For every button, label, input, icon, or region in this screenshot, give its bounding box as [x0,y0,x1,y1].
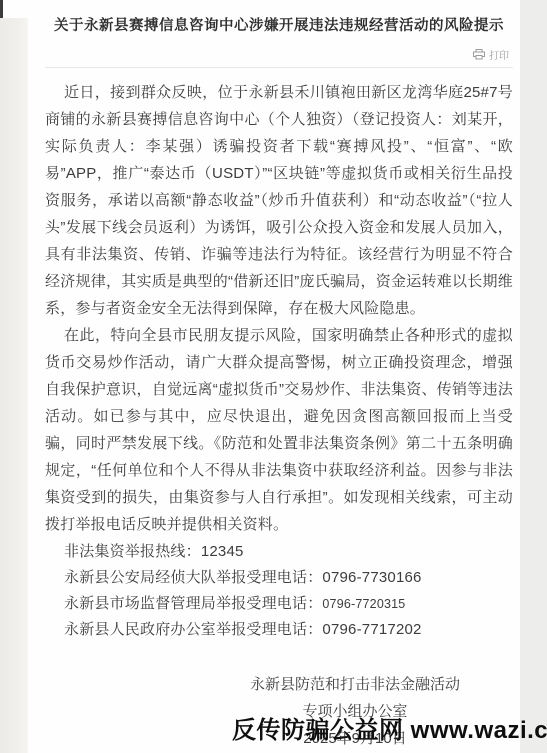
hotline-police: 永新县公安局经侦大队举报受理电话：0796-7730166 [45,565,513,591]
printer-icon [473,49,485,60]
notice-body: 近日，接到群众反映，位于永新县禾川镇袍田新区龙湾华庭25#7号商铺的永新县赛搏信… [45,79,513,752]
hotline-government-office: 永新县人民政府办公室举报受理电话：0796-7717202 [45,617,513,643]
notice-page: 关于永新县赛搏信息咨询中心涉嫌开展违法违规经营活动的风险提示 打印 近日，接到群… [0,0,547,753]
signature-org-line1: 永新县防范和打击非法金融活动 [245,671,465,698]
hotline-list: 非法集资举报热线：12345 永新县公安局经侦大队举报受理电话：0796-773… [45,539,513,643]
anti-fraud-watermark: 反传防骗公益网 www.wazi.cc [232,710,547,745]
corner-mark [0,0,3,18]
print-button[interactable]: 打印 [45,47,513,61]
hotline-market-regulator: 永新县市场监督管理局举报受理电话：0796-7720315 [45,591,513,617]
hotline-label: 永新县人民政府办公室举报受理电话： [64,621,322,638]
hotline-12345: 非法集资举报热线：12345 [45,539,513,565]
paragraph-1: 近日，接到群众反映，位于永新县禾川镇袍田新区龙湾华庭25#7号商铺的永新县赛搏信… [45,79,513,322]
hotline-number: 0796-7717202 [322,621,421,638]
hotline-number: 0796-7730166 [322,569,421,586]
hotline-label: 非法集资举报热线： [64,543,201,560]
left-margin-strip [0,18,28,753]
hotline-number: 0796-7720315 [322,597,405,611]
hotline-number: 12345 [201,543,244,560]
hotline-label: 永新县公安局经侦大队举报受理电话： [64,569,322,586]
header-divider [45,67,513,68]
print-label: 打印 [489,47,509,62]
notice-document: 关于永新县赛搏信息咨询中心涉嫌开展违法违规经营活动的风险提示 打印 近日，接到群… [28,0,520,753]
hotline-label: 永新县市场监督管理局举报受理电话： [64,595,322,612]
right-margin-strip [520,0,547,753]
page-title: 关于永新县赛搏信息咨询中心涉嫌开展违法违规经营活动的风险提示 [49,15,509,37]
paragraph-2: 在此，特向全县市民朋友提示风险，国家明确禁止各种形式的虚拟货币交易炒作活动，请广… [45,322,513,538]
